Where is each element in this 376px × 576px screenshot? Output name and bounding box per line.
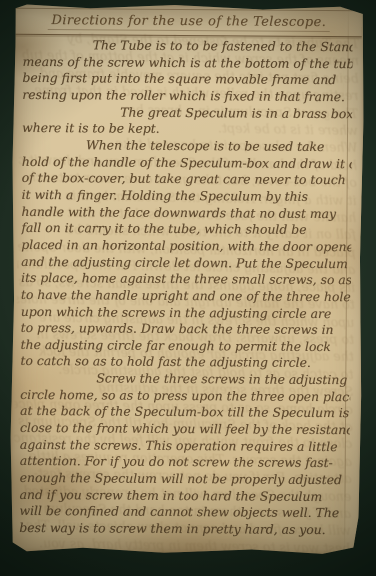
document-title-text: Directions for the use of the Telescope. [47,13,330,32]
manuscript-line: enough the Speculum will not be properly… [20,470,350,489]
manuscript-body: The Tube is to to be fastened to the Sta… [19,37,352,539]
manuscript-line: placed in an horizontal position, with t… [21,237,351,256]
manuscript-line: to have the handle upright and one of th… [21,287,351,306]
manuscript-line: to press, upwards. Draw back the three s… [21,320,351,339]
manuscript-line: where it is to be kept. [22,120,352,139]
manuscript-line: its place, home against the three small … [21,270,351,289]
manuscript-line: resting upon the roller which is fixed i… [22,87,352,106]
manuscript-line: best way is to screw them in pretty hard… [19,520,349,539]
manuscript-line: fall on it carry it to the tube, which s… [21,220,351,239]
manuscript-line: close to the front which you will feel b… [20,420,350,439]
title-section: Directions for the use of the Telescope. [16,8,362,37]
manuscript-line: to catch so as to hold fast the adjustin… [20,353,350,372]
manuscript-page: The Tube is to to be fastened to the Sta… [9,3,365,555]
manuscript-line: it with a finger. Holding the Speculum b… [22,187,352,206]
photo-backdrop: The Tube is to to be fastened to the Sta… [0,0,376,576]
document-title: Directions for the use of the Telescope. [16,13,362,30]
